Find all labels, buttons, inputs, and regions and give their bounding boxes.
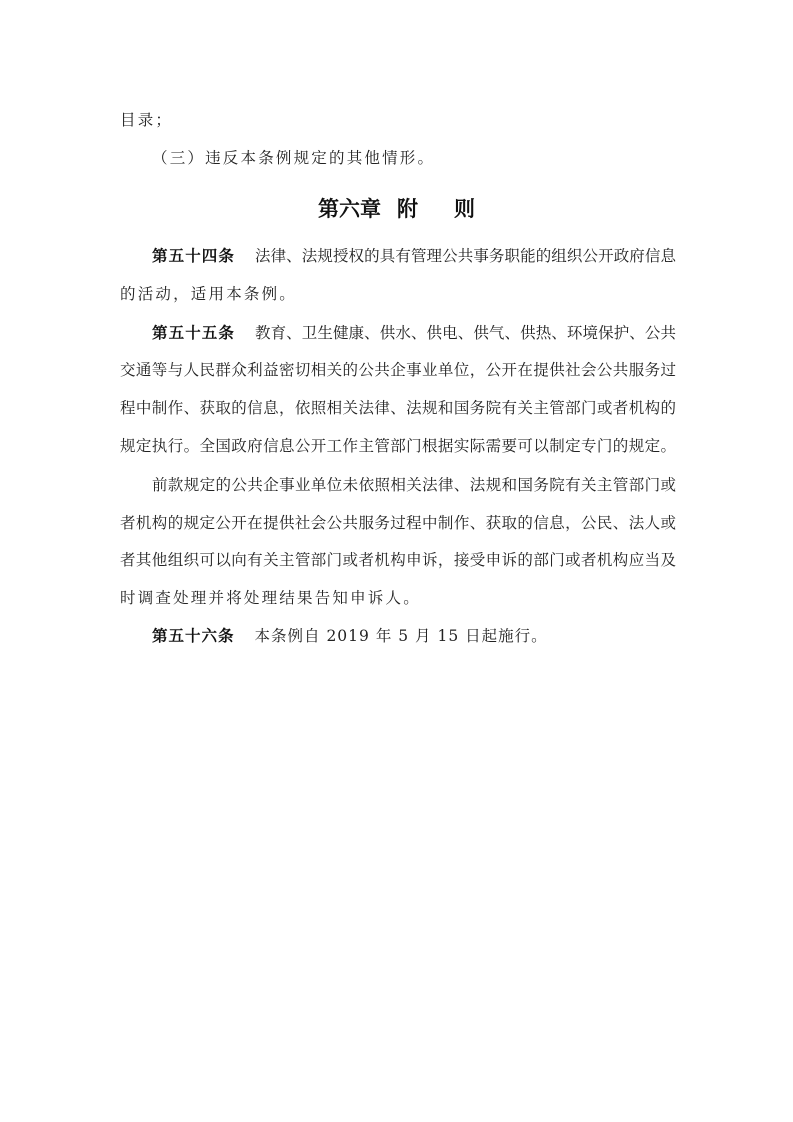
text-line: 的活动，适用本条例。 [120,284,676,304]
text-line: 目录； [120,110,676,130]
article-54-line: 第五十四条法律、法规授权的具有管理公共事务职能的组织公开政府信息 [152,246,676,266]
article-text: 法律、法规授权的具有管理公共事务职能的组织公开政府信息 [255,247,676,265]
article-label: 第五十六条 [152,627,235,645]
article-text: 教育、卫生健康、供水、供电、供气、供热、环境保护、公共 [255,324,676,342]
text-line: 规定执行。全国政府信息公开工作主管部门根据实际需要可以制定专门的规定。 [120,436,676,456]
text-line: 交通等与人民群众利益密切相关的公共企事业单位，公开在提供社会公共服务过 [120,360,676,380]
text-line: 者机构的规定公开在提供社会公共服务过程中制作、获取的信息，公民、法人或 [120,513,676,533]
article-label: 第五十四条 [152,247,235,265]
chapter-title-part1: 附 [397,197,418,221]
article-text: 本条例自 2019 年 5 月 15 日起施行。 [255,627,548,645]
text-line: （三）违反本条例规定的其他情形。 [152,148,676,168]
text-line: 者其他组织可以向有关主管部门或者机构申诉，接受申诉的部门或者机构应当及 [120,550,676,570]
text-line: 程中制作、获取的信息，依照相关法律、法规和国务院有关主管部门或者机构的 [120,398,676,418]
article-56-line: 第五十六条本条例自 2019 年 5 月 15 日起施行。 [152,626,676,646]
article-55-line: 第五十五条教育、卫生健康、供水、供电、供气、供热、环境保护、公共 [152,323,676,343]
article-label: 第五十五条 [152,324,235,342]
chapter-title-part2: 则 [454,197,475,221]
text-line: 时调查处理并将处理结果告知申诉人。 [120,588,676,608]
chapter-heading: 第六章附则 [0,193,793,223]
text-line: 前款规定的公共企事业单位未依照相关法律、法规和国务院有关主管部门或 [152,475,676,495]
chapter-number: 第六章 [318,197,381,221]
